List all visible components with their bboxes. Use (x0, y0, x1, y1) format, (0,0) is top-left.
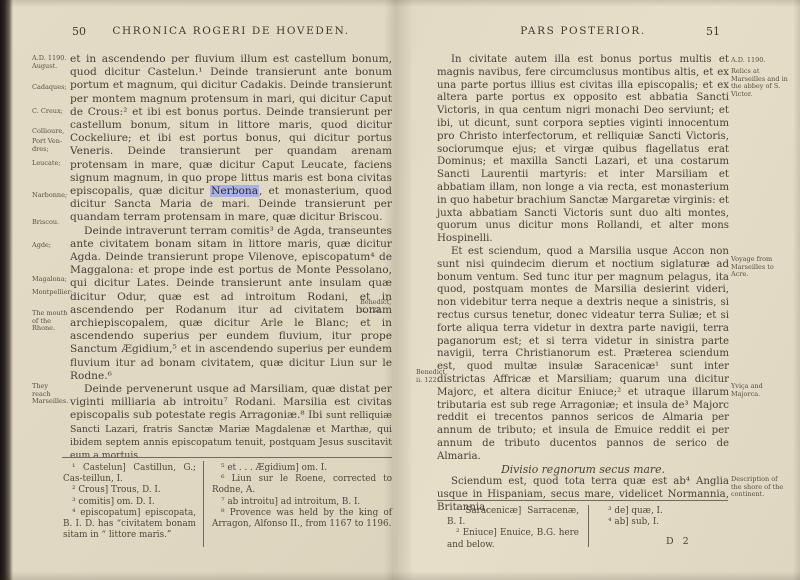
footnote: ² Crous] Trous, D. I. (63, 485, 196, 496)
footnote: ⁸ Provence was held by the king of Arrag… (212, 508, 392, 530)
book-spine-edge (0, 0, 13, 580)
left-running-header: CHRONICA ROGERI DE HOVEDEN. (70, 25, 392, 37)
footnote: ¹ Saracenicæ] Sarracenæ, B. I. (447, 506, 579, 528)
footnote-column-left: ¹ Castelun] Castillun, G.; Cas-teillun, … (63, 463, 196, 541)
body-paragraph: In civitate autem illa est bonus portus … (437, 54, 729, 246)
footnote: ³ comitis] om. D. I. (63, 497, 196, 508)
margin-note: Magalona; (32, 276, 68, 284)
right-page-number: 51 (706, 25, 720, 38)
margin-note: Agde; (32, 242, 68, 250)
margin-note: They reach Marseilles. (32, 383, 68, 406)
footnote: ³ de] quæ, I. (599, 506, 721, 517)
body-paragraph: et in ascendendo per fluvium illum est c… (70, 53, 392, 225)
margin-note: The mouth of the Rhone. (32, 310, 68, 333)
footnote-rule (62, 457, 392, 458)
footnote: ⁴ ab] sub, I. (599, 517, 721, 528)
margin-note: Yviça and Majorca. (731, 383, 789, 398)
body-paragraph: Deinde pervenerunt usque ad Marsiliam, q… (70, 383, 392, 462)
margin-note: Port Ven-dres; (32, 138, 68, 153)
margin-note: A.D. 1190. (731, 57, 789, 65)
footnote-column-right: ⁵ et . . . Ægidium] om. I. ⁶ Liun sur le… (212, 463, 392, 530)
footnote-column-divider (588, 505, 589, 547)
book-scan: 50 CHRONICA ROGERI DE HOVEDEN. A.D. 1190… (0, 0, 800, 580)
body-paragraph: Et est sciendum, quod a Marsilia usque A… (437, 246, 729, 464)
margin-note: Cadaques; (32, 84, 68, 92)
body-paragraph: Deinde intraverunt terram comitis³ de Ag… (70, 225, 392, 383)
footnote: ⁶ Liun sur le Roene, corrected to Rodne,… (212, 474, 392, 496)
right-page-body: In civitate autem illa est bonus portus … (437, 54, 729, 515)
margin-note: Montpellier; (32, 289, 68, 297)
footnote: ⁷ ab introitu] ad introitum, B. I. (212, 497, 392, 508)
right-running-header: PARS POSTERIOR. (437, 25, 729, 37)
footnote-rule (437, 500, 728, 501)
highlighted-term: Nerbona (210, 185, 259, 197)
footnote-column-left: ¹ Saracenicæ] Sarracenæ, B. I. ² Eniuce]… (447, 506, 579, 551)
scan-edge-right (793, 0, 800, 580)
footnote-column-divider (203, 461, 204, 547)
left-page-body: et in ascendendo per fluvium illum est c… (70, 53, 392, 462)
margin-note: Voyage from Marseilles to Acre. (731, 256, 789, 279)
margin-note: Relics at Marseilles and in the abbey of… (731, 68, 789, 98)
footnote: ² Eniuce] Enuice, B.G. here and below. (447, 528, 579, 550)
margin-note: Description of the shore of the continen… (731, 476, 789, 499)
footnote-column-right: ³ de] quæ, I. ⁴ ab] sub, I. (599, 506, 721, 528)
signature-mark: D 2 (666, 536, 692, 547)
footnote: ¹ Castelun] Castillun, G.; Cas-teillun, … (63, 463, 196, 485)
margin-note: Narbonne; (32, 192, 68, 200)
margin-note: Leucate; (32, 160, 68, 168)
footnote: ⁴ episcopatum] episcopata, B. I. D. has … (63, 508, 196, 542)
margin-note: Briscou. (32, 219, 68, 227)
page-gutter-shadow (384, 0, 414, 580)
footnote: ⁵ et . . . Ægidium] om. I. (212, 463, 392, 474)
margin-note: A.D. 1190. August. (32, 55, 68, 70)
margin-note: C. Creux; (32, 108, 68, 116)
margin-note: Collioure, (32, 128, 68, 136)
scan-edge-bottom (0, 571, 800, 580)
scan-edge-top (0, 0, 800, 7)
section-heading: Divisio regnorum secus mare. (437, 464, 729, 477)
